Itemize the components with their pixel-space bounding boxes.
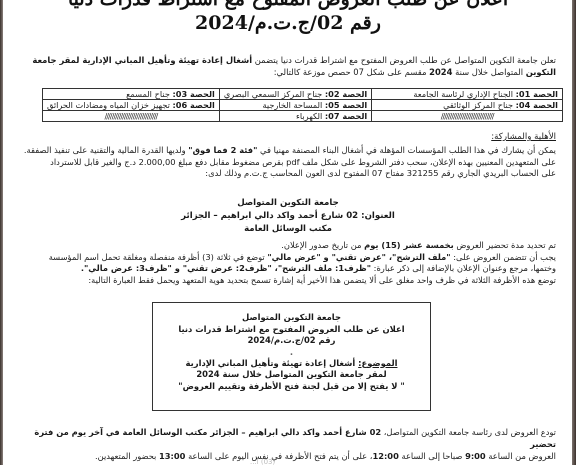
text: توضع في ثلاثة (3) أظرفة منفصلة ومغلقة تح… [49, 252, 268, 262]
subject-label: الموضوع: [358, 358, 397, 368]
submission-line-3: وختمها، مرجع وعنوان الإعلان بالإضافة إلى… [16, 263, 556, 275]
lot-label: الحصة 02: [325, 89, 367, 99]
lot-cell: الحصة 02: جناح المركز السمعي البصري [219, 89, 371, 100]
lot-label: الحصة 06: [172, 100, 214, 110]
lots-table: الحصة 01: الجناح الإداري لرئاسة الجامعة … [42, 88, 563, 122]
lot-cell: الحصة 03: جناح المسمع [43, 89, 220, 100]
submission-line-2: يجب أن تتضمن العروض على: "ملف الترشح"، "… [16, 252, 556, 264]
hatch-text: ////////////////////////////// [441, 111, 494, 121]
box-subject-line-2: لمقر جامعة التكوين المتواصل خلال سنة 202… [153, 369, 430, 381]
lot-cell: الحصة 04: جناح المركز الوثائقي [372, 100, 563, 111]
lot-text: المساحة الخارجية [262, 100, 324, 110]
time-start: 9:00 [465, 451, 486, 461]
hatch-text: ////////////////////////////// [105, 111, 158, 121]
text: من تاريخ صدور الإعلان. [281, 240, 364, 250]
address-org: جامعة التكوين المتواصل [0, 197, 576, 210]
text: ولديها القدرة المالية والتقنية على تنفيذ… [24, 145, 188, 155]
table-row: الحصة 04: جناح المركز الوثائقي الحصة 05:… [43, 100, 563, 111]
deposit-line-2: العروض من الساعة 9:00 صباحا إلى الساعة 1… [16, 450, 556, 462]
cut-off-text: (03) أ... [250, 458, 275, 465]
announcement-reference: رقم 02/ج.ت.م/2024 [0, 12, 576, 34]
lot-text: الكهرباء [296, 111, 325, 121]
text: تم تحديد مدة تحضير العروض [454, 240, 556, 250]
text: صباحا إلى الساعة [399, 451, 465, 461]
intro-year: 2024 [429, 67, 452, 77]
announcement-title: اعلان عن طلب العروض المفتوح مع اشتراط قد… [0, 0, 576, 10]
lot-text: الجناح الإداري لرئاسة الجامعة [413, 89, 515, 99]
submission-paragraph: تم تحديد مدة تحضير العروض بخمسة عشر (15)… [16, 240, 556, 286]
submission-line-1: تم تحديد مدة تحضير العروض بخمسة عشر (15)… [16, 240, 556, 252]
table-row: ////////////////////////////// الحصة 07:… [43, 111, 563, 122]
text: ، على أن يتم فتح الأظرفة في نفس اليوم عل… [185, 451, 372, 461]
deposit-line-1: تودع العروض لدى رئاسة جامعة التكوين المت… [16, 426, 556, 450]
lot-label: الحصة 03: [172, 89, 214, 99]
text: تودع العروض لدى رئاسة جامعة التكوين المت… [381, 427, 556, 437]
lot-label: الحصة 04: [516, 100, 558, 110]
address-block: جامعة التكوين المتواصل العنوان: 02 شارع … [0, 197, 576, 236]
duration-text: بخمسة عشر (15) يوم [364, 240, 454, 250]
lot-text: جناح المسمع [126, 89, 172, 99]
envelope-label-box: جامعة التكوين المتواصل اعلان عن طلب العر… [152, 302, 431, 411]
text: يمكن أن يشارك في هذا الطلب المؤسسات المؤ… [257, 145, 556, 155]
time-opening: 13:00 [159, 451, 185, 461]
text: وختمها، مرجع وعنوان الإعلان بالإضافة إلى… [371, 263, 556, 273]
text: العروض من الساعة [486, 451, 556, 461]
box-dot: . [153, 347, 430, 358]
table-row: الحصة 01: الجناح الإداري لرئاسة الجامعة … [43, 89, 563, 100]
subject-text: أشغال إعادة تهيئة وتأهيل المباني الإداري… [186, 358, 359, 368]
lot-cell: الحصة 07: الكهرباء [219, 111, 371, 122]
envelopes-text: "ملف الترشح"، "عرض تقني" و "عرض مالي" [267, 252, 450, 262]
box-announcement: اعلان عن طلب العروض المفتوح مع اشتراط قد… [153, 324, 430, 336]
intro-paragraph: تعلن جامعة التكوين المتواصل عن طلب العرو… [16, 54, 556, 78]
intro-text-2: المتواصل خلال سنة [452, 67, 525, 77]
lot-label: الحصة 01: [516, 89, 558, 99]
intro-text-3: مقسم على شكل 07 حصص موزعة كالتالي: [274, 67, 429, 77]
lot-text: تجهيز خزان المياه ومضادات الحرائق [47, 100, 172, 110]
eligibility-heading: الأهلية والمشاركة: [491, 132, 556, 142]
eligibility-line-1: يمكن أن يشارك في هذا الطلب المؤسسات المؤ… [16, 145, 556, 157]
lot-cell: الحصة 06: تجهيز خزان المياه ومضادات الحر… [43, 100, 220, 111]
announcement-page: اعلان عن طلب العروض المفتوح مع اشتراط قد… [0, 0, 576, 465]
empty-cell-hatch: ////////////////////////////// [372, 111, 563, 122]
deposit-paragraph: تودع العروض لدى رئاسة جامعة التكوين المت… [16, 426, 556, 462]
box-subject: الموضوع: أشغال إعادة تهيئة وتأهيل المبان… [153, 358, 430, 370]
lot-label: الحصة 07: [325, 111, 367, 121]
text: بحضور المتعهدين. [95, 451, 159, 461]
address-line: العنوان: 02 شارع أحمد واكد دالي ابراهيم … [0, 210, 576, 223]
box-notice: " لا يفتح إلا من قبل لجنة فتح الأظرفة وت… [153, 381, 430, 393]
box-org: جامعة التكوين المتواصل [153, 312, 430, 324]
lot-cell: الحصة 01: الجناح الإداري لرئاسة الجامعة [372, 89, 563, 100]
text: يجب أن تتضمن العروض على: [451, 252, 556, 262]
lot-text: جناح المركز الوثائقي [443, 100, 516, 110]
address-office: مكتب الوسائل العامة [0, 223, 576, 236]
submission-line-4: توضع هذه الأظرفة الثلاثة في ظرف واحد مغل… [16, 275, 556, 287]
empty-cell-hatch: ////////////////////////////// [43, 111, 220, 122]
eligibility-line-2: على المتعهدين المعنيين بهذه الإعلان، سحب… [16, 157, 556, 169]
lot-text: جناح المركز السمعي البصري [224, 89, 325, 99]
time-end: 12:00 [372, 451, 398, 461]
eligibility-paragraph: يمكن أن يشارك في هذا الطلب المؤسسات المؤ… [16, 145, 556, 180]
category-text: "فئة 2 فما فوق" [188, 145, 257, 155]
intro-text-1: تعلن جامعة التكوين المتواصل عن طلب العرو… [252, 55, 556, 65]
lot-label: الحصة 05: [325, 100, 367, 110]
lot-cell: الحصة 05: المساحة الخارجية [219, 100, 371, 111]
envelope-labels: "ظرف1: ملف الترشح"، "ظرف2: عرض تقني" و "… [81, 263, 371, 273]
box-reference: رقم 02/ج.ت.م/2024 [153, 335, 430, 347]
eligibility-line-3: على الحساب البريدي الجاري رقم 321255 مفت… [16, 168, 556, 180]
